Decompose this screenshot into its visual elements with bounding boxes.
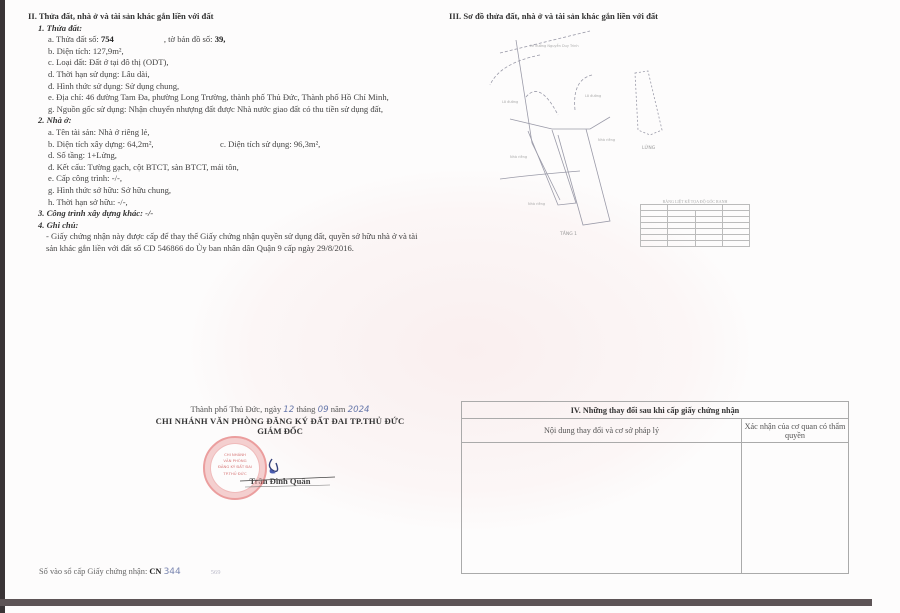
svg-text:Lề đường Nguyễn Duy Trinh: Lề đường Nguyễn Duy Trinh <box>530 43 579 48</box>
notes-heading: 4. Ghi chú: <box>38 220 448 232</box>
diagram-heading: III. Sơ đồ thửa đất, nhà ở và tài sản kh… <box>449 11 658 21</box>
issue-month: 09 <box>318 405 329 415</box>
house-structure: đ. Kết cấu: Tường gạch, cột BTCT, sàn BT… <box>48 162 448 174</box>
svg-text:Lô đường: Lô đường <box>502 100 518 104</box>
parcel-number: 754 <box>101 34 114 44</box>
house-floors: d. Số tầng: 1+Lửng, <box>48 150 448 162</box>
house-area-line: b. Diện tích xây dựng: 64,2m²,c. Diện tí… <box>48 139 448 151</box>
issuing-organization: CHI NHÁNH VĂN PHÒNG ĐĂNG KÝ ĐẤT ĐAI TP.T… <box>130 416 430 426</box>
svg-text:Nhà riêng: Nhà riêng <box>510 155 527 159</box>
land-type: c. Loại đất: Đất ở tại đô thị (ODT), <box>48 57 448 69</box>
house-heading: 2. Nhà ở: <box>38 115 448 127</box>
svg-text:Nhà riêng: Nhà riêng <box>528 202 545 206</box>
issue-place-date: Thành phố Thủ Đức, ngày 12 tháng 09 năm … <box>130 404 430 415</box>
signer-title: GIÁM ĐỐC <box>130 426 430 436</box>
land-term: d. Thời hạn sử dụng: Lâu dài, <box>48 69 448 81</box>
section-land-house: II. Thửa đất, nhà ở và tài sản khác gắn … <box>28 11 448 254</box>
note-text: - Giấy chứng nhận này được cấp để thay t… <box>46 231 426 254</box>
map-sheet-number: 39, <box>215 34 226 44</box>
land-use-form: đ. Hình thức sử dụng: Sử dụng chung, <box>48 81 448 93</box>
parcel-line: a. Thửa đất số: 754, tờ bản đồ số: 39, <box>48 34 448 46</box>
parcel-label: a. Thửa đất số: <box>48 34 101 44</box>
coordinate-table: BẢNG LIỆT KÊ TỌA ĐỘ GÓC RANH <box>640 199 750 247</box>
certificate-serial: Số vào sổ cấp Giấy chứng nhận: CN 344569 <box>39 567 221 577</box>
svg-text:Lô đường: Lô đường <box>585 94 601 98</box>
changes-table-heading: IV. Những thay đổi sau khi cấp giấy chứn… <box>462 402 849 419</box>
page-mark: 569 <box>211 569 221 576</box>
section-heading: II. Thửa đất, nhà ở và tài sản khác gắn … <box>28 11 448 23</box>
map-sheet-label: , tờ bản đồ số: <box>164 34 215 44</box>
serial-number: 344 <box>164 567 181 577</box>
change-content-cell <box>462 443 742 574</box>
land-area: b. Diện tích: 127,9m², <box>48 46 448 58</box>
issue-year: 2024 <box>348 405 370 415</box>
land-origin: g. Nguồn gốc sử dụng: Nhận chuyển nhượng… <box>48 104 408 116</box>
house-name: a. Tên tài sản: Nhà ở riêng lẻ, <box>48 127 448 139</box>
scan-border-left <box>0 0 5 613</box>
house-ownership-term: h. Thời hạn sở hữu: -/-, <box>48 197 448 209</box>
land-heading: 1. Thửa đất: <box>38 23 448 35</box>
serial-prefix: CN <box>149 567 161 576</box>
svg-text:Nhà riêng: Nhà riêng <box>598 138 615 142</box>
mezzanine-label: LỬNG <box>642 143 656 151</box>
issue-day: 12 <box>283 405 294 415</box>
land-address: e. Địa chỉ: 46 đường Tam Đa, phường Long… <box>48 92 408 104</box>
signature-stroke <box>240 455 340 495</box>
changes-table: IV. Những thay đổi sau khi cấp giấy chứn… <box>461 401 849 574</box>
other-works: 3. Công trình xây dựng khác: -/- <box>38 208 448 220</box>
house-grade: e. Cấp công trình: -/-, <box>48 173 448 185</box>
build-area: b. Diện tích xây dựng: 64,2m², <box>48 139 220 151</box>
house-ownership-form: g. Hình thức sở hữu: Sở hữu chung, <box>48 185 448 197</box>
col-authority-confirmation: Xác nhận của cơ quan có thẩm quyền <box>742 419 849 443</box>
floor-label: TẦNG 1 <box>559 229 577 237</box>
col-change-content: Nội dung thay đổi và cơ sở pháp lý <box>462 419 742 443</box>
scan-border-bottom <box>0 599 872 606</box>
confirmation-cell <box>742 443 849 574</box>
use-area: c. Diện tích sử dụng: 96,3m², <box>220 139 320 149</box>
